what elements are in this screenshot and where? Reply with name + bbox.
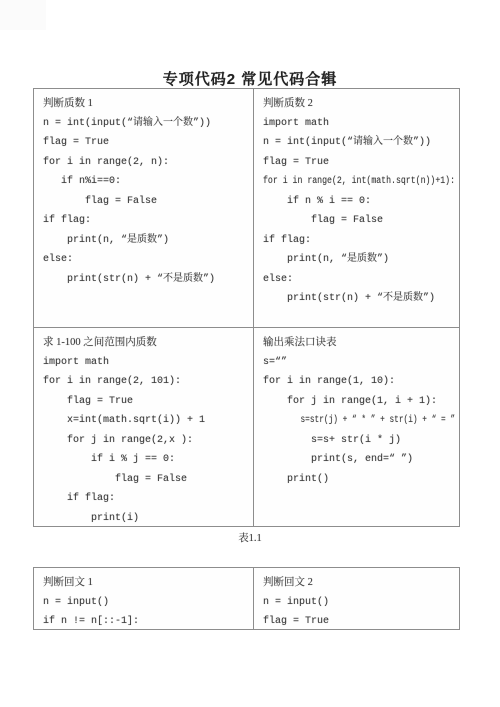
code-table-1: 判断质数 1 n = int(input(“请输入一个数”))flag = Tr… xyxy=(33,88,460,527)
code-line: print(str(n) + “不是质数”) xyxy=(263,289,455,309)
code-line: if i % j == 0: xyxy=(43,450,249,470)
code-line: else: xyxy=(43,250,249,270)
code-line: x=int(math.sqrt(i)) + 1 xyxy=(43,411,249,431)
code-line: import math xyxy=(43,353,249,373)
code-block: import mathn = int(input(“请输入一个数”))flag … xyxy=(263,114,455,309)
cell-title: 判断质数 1 xyxy=(43,94,249,114)
code-line: for i in range(1, 10): xyxy=(263,372,455,392)
cell-palindrome-check-2: 判断回文 2 n = input()flag = True xyxy=(253,568,459,629)
scan-artifact xyxy=(0,0,46,30)
cell-title: 输出乘法口诀表 xyxy=(263,333,455,353)
code-line: import math xyxy=(263,114,455,134)
code-line: flag = False xyxy=(43,470,249,490)
code-table-2: 判断回文 1 n = input()if n != n[::-1]: 判断回文 … xyxy=(33,567,460,630)
code-block: n = input()flag = True xyxy=(263,593,455,630)
code-block: n = input()if n != n[::-1]: xyxy=(43,593,249,630)
page-title: 专项代码2 常见代码合辑 xyxy=(0,68,500,89)
code-block: s=“”for i in range(1, 10): for j in rang… xyxy=(263,353,455,490)
code-line: if n%i==0: xyxy=(43,172,249,192)
cell-prime-check-2: 判断质数 2 import mathn = int(input(“请输入一个数”… xyxy=(253,89,459,327)
code-line: for i in range(2, n): xyxy=(43,153,249,173)
code-line: for i in range(2, 101): xyxy=(43,372,249,392)
cell-primes-1-100: 求 1-100 之间范围内质数 import mathfor i in rang… xyxy=(34,327,253,526)
code-line: flag = True xyxy=(43,133,249,153)
code-line: n = int(input(“请输入一个数”)) xyxy=(43,114,249,134)
code-line: for i in range(2, int(math.sqrt(n))+1): xyxy=(263,172,421,192)
cell-multiplication-table: 输出乘法口诀表 s=“”for i in range(1, 10): for j… xyxy=(253,327,459,526)
cell-palindrome-check-1: 判断回文 1 n = input()if n != n[::-1]: xyxy=(34,568,253,629)
code-line: s=str(j) + “ * ” + str(i) + “ = ” xyxy=(263,411,413,431)
code-line: n = input() xyxy=(263,593,455,613)
document-page: 专项代码2 常见代码合辑 判断质数 1 n = int(input(“请输入一个… xyxy=(0,0,500,707)
code-block: n = int(input(“请输入一个数”))flag = Truefor i… xyxy=(43,114,249,290)
code-line: if n != n[::-1]: xyxy=(43,612,249,629)
code-line: if flag: xyxy=(43,211,249,231)
code-line: if flag: xyxy=(263,231,455,251)
cell-title: 判断回文 2 xyxy=(263,573,455,593)
table-caption: 表1.1 xyxy=(0,530,500,545)
code-line: n = input() xyxy=(43,593,249,613)
code-line: print(str(n) + “不是质数”) xyxy=(43,270,249,290)
code-line: if n % i == 0: xyxy=(263,192,455,212)
code-line: else: xyxy=(263,270,455,290)
code-block: import mathfor i in range(2, 101): flag … xyxy=(43,353,249,527)
code-line: flag = True xyxy=(43,392,249,412)
cell-title: 求 1-100 之间范围内质数 xyxy=(43,333,249,353)
code-line: s=“” xyxy=(263,353,455,373)
code-line: s=s+ str(i * j) xyxy=(263,431,455,451)
code-line: flag = False xyxy=(263,211,455,231)
code-line: for j in range(2,x ): xyxy=(43,431,249,451)
code-line: flag = True xyxy=(263,612,455,629)
cell-title: 判断回文 1 xyxy=(43,573,249,593)
cell-title: 判断质数 2 xyxy=(263,94,455,114)
code-line: flag = True xyxy=(263,153,455,173)
code-line: print(i) xyxy=(43,509,249,527)
code-line: flag = False xyxy=(43,192,249,212)
code-line: n = int(input(“请输入一个数”)) xyxy=(263,133,455,153)
code-line: print(n, “是质数”) xyxy=(263,250,455,270)
code-line: print(n, “是质数”) xyxy=(43,231,249,251)
code-line: for j in range(1, i + 1): xyxy=(263,392,455,412)
cell-prime-check-1: 判断质数 1 n = int(input(“请输入一个数”))flag = Tr… xyxy=(34,89,253,327)
code-line: if flag: xyxy=(43,489,249,509)
code-line: print(s, end=“ ”) xyxy=(263,450,455,470)
code-line: print() xyxy=(263,470,455,490)
